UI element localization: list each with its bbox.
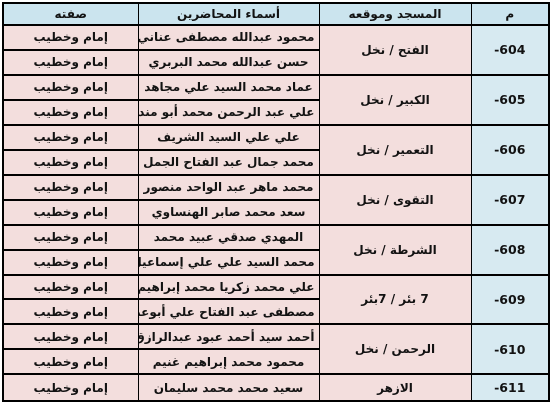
table-row: -607 التقوى / نخل محمد ماهر عبد الواحد م… <box>3 175 549 200</box>
lecturer-name-cell: محمد السيد علي علي إسماعيل <box>138 250 319 275</box>
title-cell: إمام وخطيب <box>3 100 138 125</box>
title-cell: إمام وخطيب <box>3 275 138 300</box>
lecturer-name-cell: محمد ماهر عبد الواحد منصور <box>138 175 319 200</box>
mosque-cell: 7 بئر / 7بئر <box>319 275 471 325</box>
title-cell: إمام وخطيب <box>3 125 138 150</box>
title-cell: إمام وخطيب <box>3 225 138 250</box>
mosque-cell: الازهر <box>319 374 471 401</box>
table-row: -609 7 بئر / 7بئر علي محمد زكريا محمد إب… <box>3 275 549 300</box>
title-cell: إمام وخطيب <box>3 299 138 324</box>
column-header-number: م <box>471 3 549 25</box>
number-cell: -609 <box>471 275 549 325</box>
column-header-mosque: المسجد وموقعه <box>319 3 471 25</box>
lecturer-name-cell: محمود عبدالله مصطفى عناني <box>138 25 319 50</box>
lecturer-name-cell: علي عبد الرحمن محمد أبو مندور <box>138 100 319 125</box>
table-row: -610 الرحمن / نخل أحمد سيد أحمد عبود عبد… <box>3 324 549 349</box>
lecturer-name-cell: أحمد سيد أحمد عبود عبدالرازق <box>138 324 319 349</box>
column-header-lecturer-names: أسماء المحاضرين <box>138 3 319 25</box>
title-cell: إمام وخطيب <box>3 324 138 349</box>
lecturer-name-cell: علي محمد زكريا محمد إبراهيم <box>138 275 319 300</box>
number-cell: -606 <box>471 125 549 175</box>
title-cell: إمام وخطيب <box>3 250 138 275</box>
title-cell: إمام وخطيب <box>3 200 138 225</box>
table-row: -605 الكبير / نخل عماد محمد السيد علي مج… <box>3 75 549 100</box>
mosque-cell: الفتح / نخل <box>319 25 471 75</box>
number-cell: -605 <box>471 75 549 125</box>
column-header-title: صفته <box>3 3 138 25</box>
mosque-cell: التقوى / نخل <box>319 175 471 225</box>
title-cell: إمام وخطيب <box>3 150 138 175</box>
mosque-cell: التعمير / نخل <box>319 125 471 175</box>
number-cell: -608 <box>471 225 549 275</box>
title-cell: إمام وخطيب <box>3 50 138 75</box>
lecturer-name-cell: عماد محمد السيد علي مجاهد <box>138 75 319 100</box>
number-cell: -604 <box>471 25 549 75</box>
lecturer-name-cell: المهدي صدقي عبيد محمد <box>138 225 319 250</box>
table-row: -606 التعمير / نخل علي علي السيد الشريف … <box>3 125 549 150</box>
mosque-cell: الرحمن / نخل <box>319 324 471 374</box>
number-cell: -607 <box>471 175 549 225</box>
mosque-cell: الكبير / نخل <box>319 75 471 125</box>
table-row: -604 الفتح / نخل محمود عبدالله مصطفى عنا… <box>3 25 549 50</box>
table-row: -611 الازهر سعيد محمد محمد سليمان إمام و… <box>3 374 549 401</box>
mosque-cell: الشرطة / نخل <box>319 225 471 275</box>
table-row: -608 الشرطة / نخل المهدي صدقي عبيد محمد … <box>3 225 549 250</box>
table-header-row: م المسجد وموقعه أسماء المحاضرين صفته <box>3 3 549 25</box>
title-cell: إمام وخطيب <box>3 25 138 50</box>
title-cell: إمام وخطيب <box>3 175 138 200</box>
spreadsheet-page: م المسجد وموقعه أسماء المحاضرين صفته -60… <box>0 0 550 404</box>
lecturer-name-cell: محمود محمد إبراهيم غنيم <box>138 349 319 374</box>
lecturer-name-cell: محمد جمال عبد الفتاح الجمل <box>138 150 319 175</box>
title-cell: إمام وخطيب <box>3 374 138 401</box>
title-cell: إمام وخطيب <box>3 75 138 100</box>
lecturer-name-cell: سعد محمد صابر الهنساوي <box>138 200 319 225</box>
lecturer-name-cell: حسن عبدالله محمد البربري <box>138 50 319 75</box>
mosque-lecturers-table: م المسجد وموقعه أسماء المحاضرين صفته -60… <box>2 2 550 402</box>
number-cell: -611 <box>471 374 549 401</box>
lecturer-name-cell: سعيد محمد محمد سليمان <box>138 374 319 401</box>
lecturer-name-cell: مصطفى عبد الفتاح علي أبوعبده <box>138 299 319 324</box>
number-cell: -610 <box>471 324 549 374</box>
lecturer-name-cell: علي علي السيد الشريف <box>138 125 319 150</box>
title-cell: إمام وخطيب <box>3 349 138 374</box>
